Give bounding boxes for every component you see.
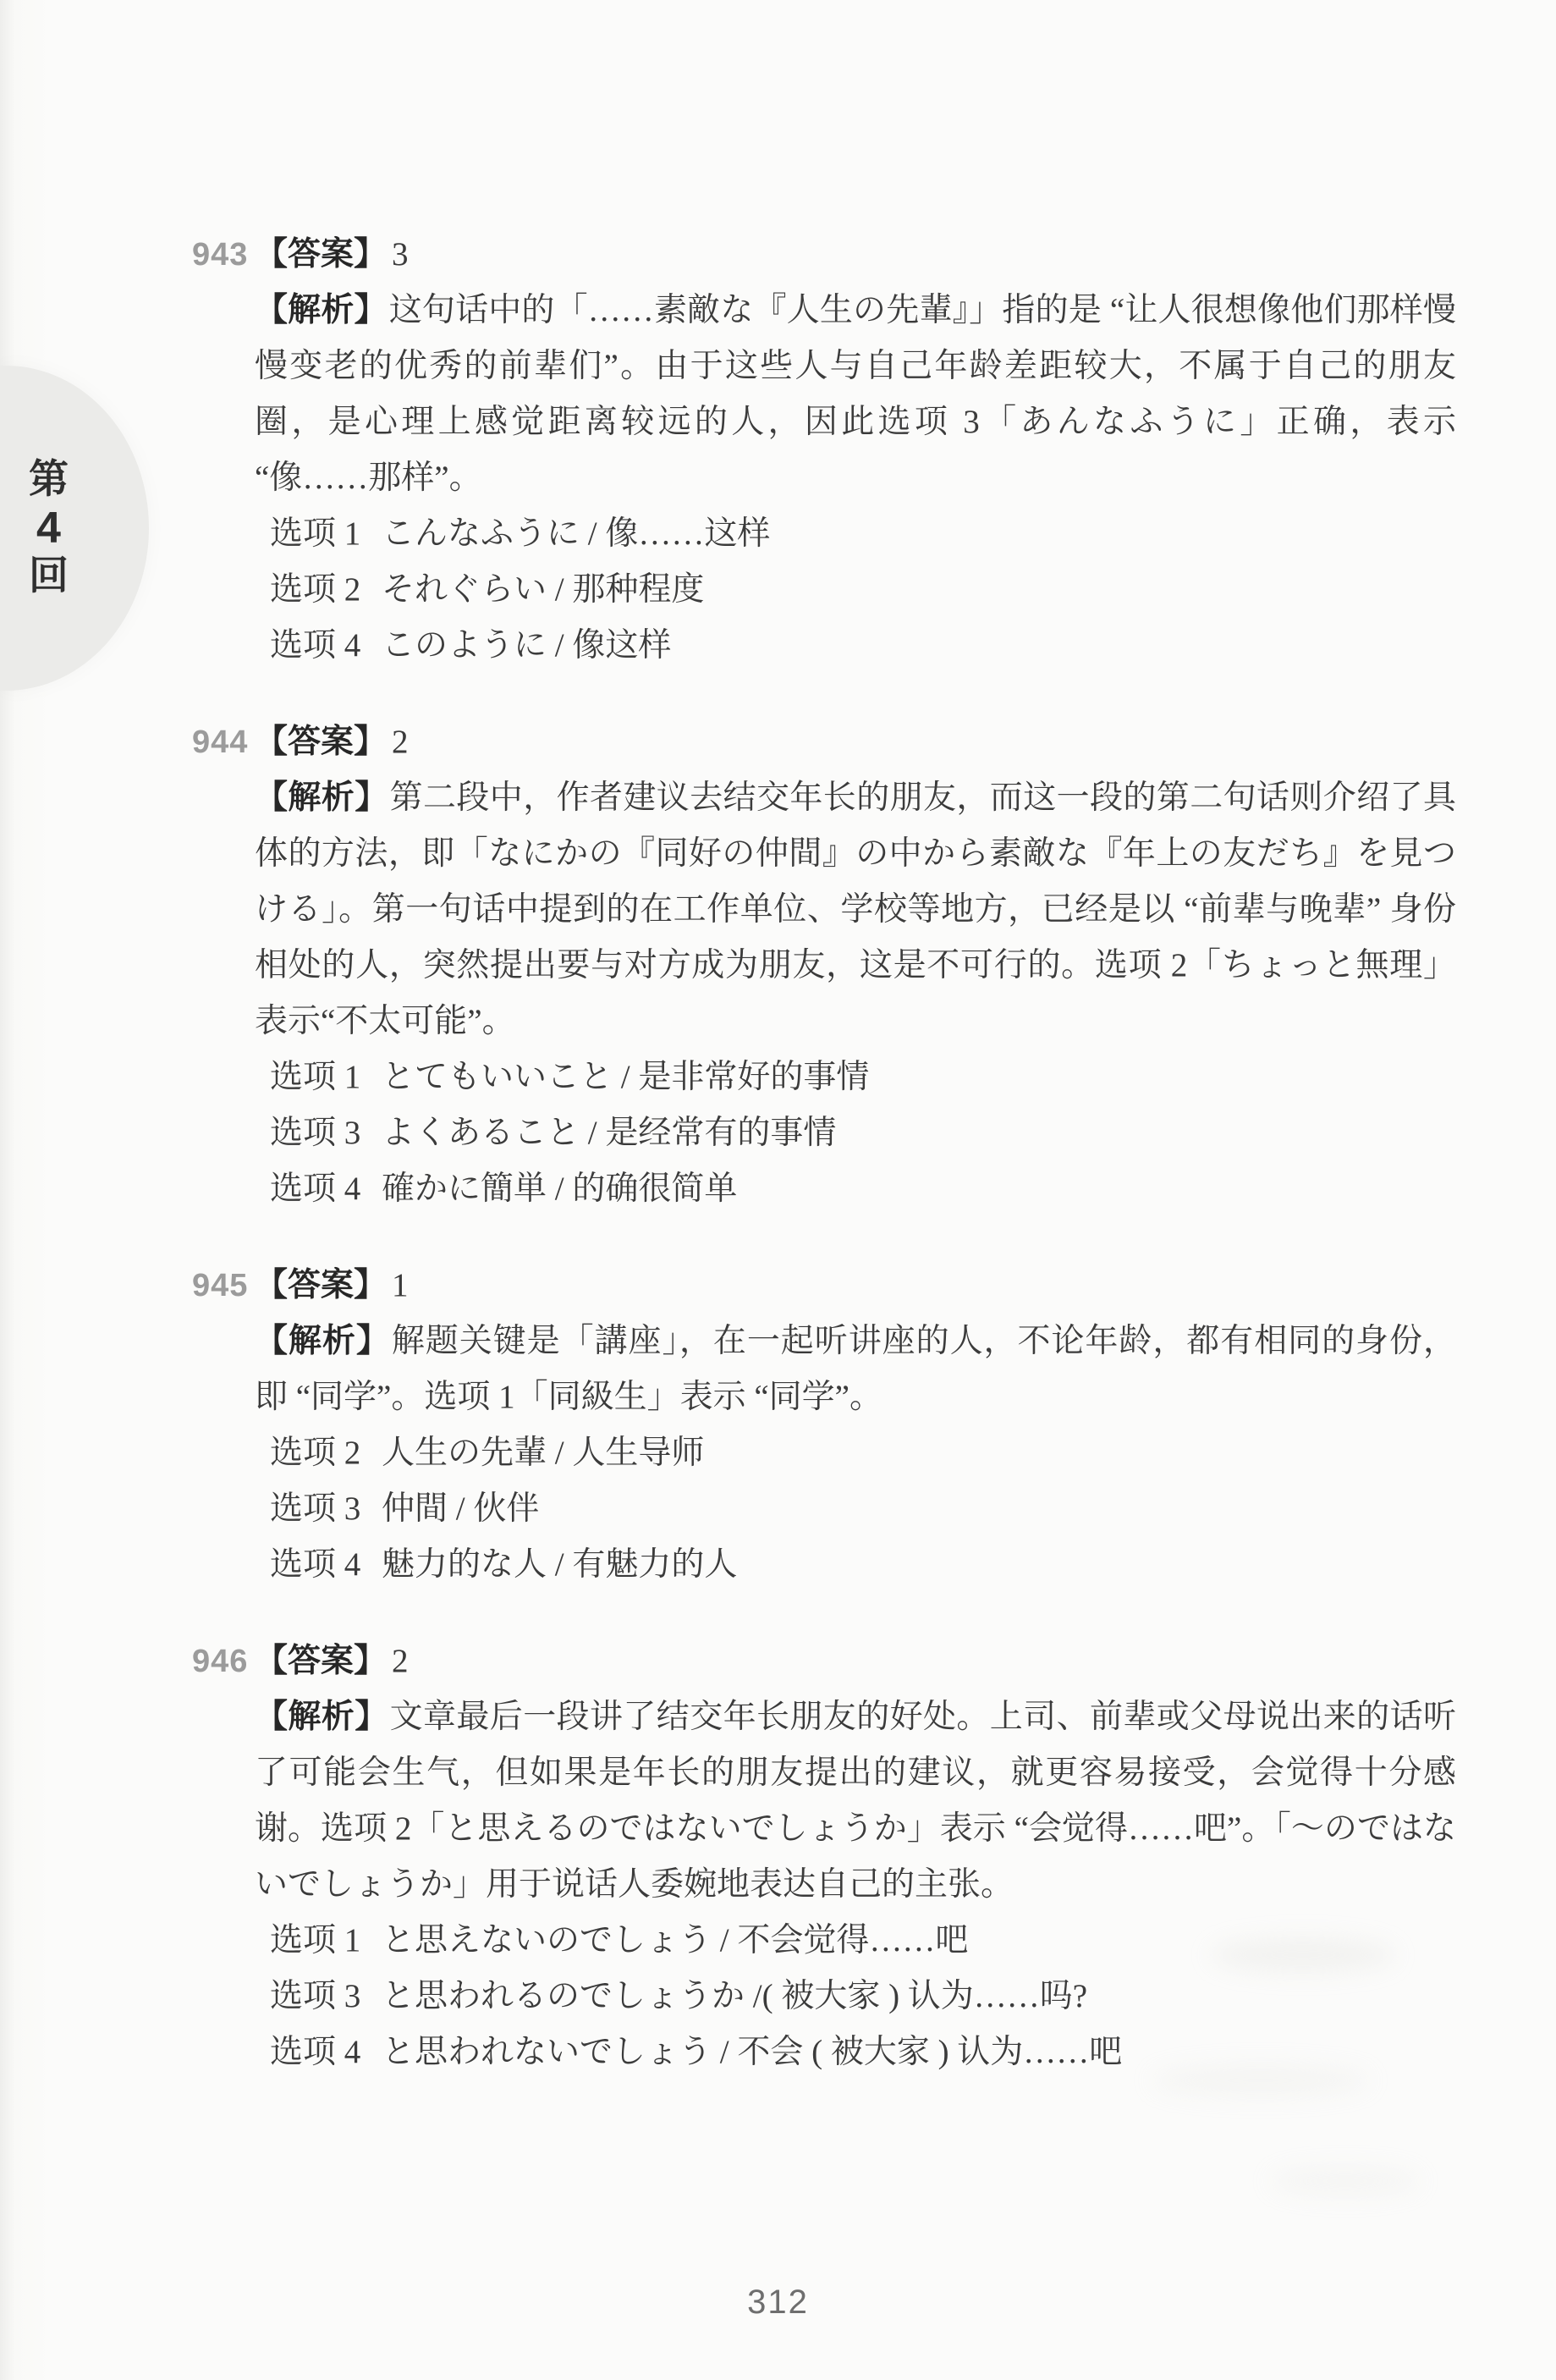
answer-value: 3 [392, 227, 409, 283]
option-row: 选项 4 確かに簡単 / 的确很简单 [270, 1161, 1456, 1217]
question-block-944: 944 【答案】 2 【解析】第二段中，作者建议去结交年长的朋友，而这一段的第二… [192, 714, 1460, 1217]
option-label: 选项 4 [270, 2025, 382, 2080]
answer-label: 【答案】 [255, 1258, 387, 1314]
analysis-paragraph: 【解析】这句话中的「……素敵な『人生の先輩』」指的是 “让人很想像他们那样慢慢变… [255, 283, 1456, 506]
option-row: 选项 3 よくあること / 是经常有的事情 [270, 1105, 1456, 1161]
option-label: 选项 3 [270, 1105, 382, 1161]
answer-value: 2 [392, 1633, 409, 1689]
option-text: 確かに簡単 / 的确很简单 [382, 1161, 1456, 1217]
question-number: 943 [192, 227, 255, 283]
side-tab-char-2: 4 [36, 504, 61, 553]
option-text: よくあること / 是经常有的事情 [382, 1105, 1456, 1161]
question-block-945: 945 【答案】 1 【解析】解题关键是「講座」，在一起听讲座的人，不论年龄，都… [192, 1258, 1460, 1593]
question-number: 944 [192, 714, 255, 770]
chapter-side-tab: 第 4 回 [0, 366, 149, 691]
option-label: 选项 3 [270, 1481, 382, 1537]
question-body: 【解析】文章最后一段讲了结交年长朋友的好处。上司、前辈或父母说出来的话听了可能会… [255, 1689, 1456, 2080]
option-list: 选项 2 人生の先輩 / 人生导师 选项 3 仲間 / 伙伴 选项 4 魅力的な… [255, 1425, 1456, 1593]
option-row: 选项 3 と思われるのでしょうか /( 被大家 ) 认为……吗? [270, 1969, 1456, 2025]
option-label: 选项 2 [270, 562, 382, 618]
option-label: 选项 4 [270, 1161, 382, 1217]
analysis-paragraph: 【解析】文章最后一段讲了结交年长朋友的好处。上司、前辈或父母说出来的话听了可能会… [255, 1689, 1456, 1913]
question-body: 【解析】这句话中的「……素敵な『人生の先輩』」指的是 “让人很想像他们那样慢慢变… [255, 283, 1456, 674]
scan-bleed-artifact [1269, 2167, 1421, 2195]
analysis-text: 第二段中，作者建议去结交年长的朋友，而这一段的第二句话则介绍了具体的方法，即「な… [255, 780, 1456, 1039]
option-text: 魅力的な人 / 有魅力的人 [382, 1537, 1456, 1593]
page-number: 312 [0, 2284, 1556, 2322]
analysis-label: 【解析】 [255, 1699, 388, 1735]
scan-bleed-artifact [1151, 2065, 1371, 2096]
option-label: 选项 4 [270, 618, 382, 674]
option-text: とてもいいこと / 是非常好的事情 [382, 1050, 1456, 1105]
option-label: 选项 1 [270, 1050, 382, 1105]
analysis-text: 这句话中的「……素敵な『人生の先輩』」指的是 “让人很想像他们那样慢慢变老的优秀… [255, 292, 1456, 496]
answer-value: 2 [392, 714, 409, 770]
option-label: 选项 1 [270, 506, 382, 562]
option-text: 仲間 / 伙伴 [382, 1481, 1456, 1537]
option-row: 选项 4 魅力的な人 / 有魅力的人 [270, 1537, 1456, 1593]
option-row: 选项 3 仲間 / 伙伴 [270, 1481, 1456, 1537]
option-list: 选项 1 と思えないのでしょう / 不会觉得……吧 选项 3 と思われるのでしょ… [255, 1913, 1456, 2080]
option-row: 选项 2 人生の先輩 / 人生导师 [270, 1425, 1456, 1481]
question-body: 【解析】第二段中，作者建议去结交年长的朋友，而这一段的第二句话则介绍了具体的方法… [255, 770, 1456, 1217]
analysis-paragraph: 【解析】解题关键是「講座」，在一起听讲座的人，不论年龄，都有相同的身份，即 “同… [255, 1314, 1456, 1425]
option-text: と思われるのでしょうか /( 被大家 ) 认为……吗? [382, 1969, 1456, 2025]
option-label: 选项 1 [270, 1913, 382, 1969]
answer-key-content: 943 【答案】 3 【解析】这句话中的「……素敵な『人生の先輩』」指的是 “让… [192, 227, 1460, 2121]
analysis-label: 【解析】 [255, 292, 388, 328]
question-header: 944 【答案】 2 [192, 714, 1460, 770]
option-list: 选项 1 とてもいいこと / 是非常好的事情 选项 3 よくあること / 是经常… [255, 1050, 1456, 1217]
analysis-text: 解题关键是「講座」，在一起听讲座的人，不论年龄，都有相同的身份，即 “同学”。选… [255, 1323, 1456, 1415]
analysis-text: 文章最后一段讲了结交年长朋友的好处。上司、前辈或父母说出来的话听了可能会生气，但… [255, 1699, 1456, 1903]
option-text: こんなふうに / 像……这样 [382, 506, 1456, 562]
side-tab-char-3: 回 [29, 553, 69, 600]
analysis-label: 【解析】 [255, 1323, 390, 1359]
option-label: 选项 2 [270, 1425, 382, 1481]
analysis-label: 【解析】 [255, 780, 388, 816]
option-row: 选项 1 こんなふうに / 像……这样 [270, 506, 1456, 562]
question-number: 945 [192, 1258, 255, 1314]
option-label: 选项 4 [270, 1537, 382, 1593]
option-label: 选项 3 [270, 1969, 382, 2025]
answer-value: 1 [392, 1258, 409, 1314]
option-text: それぐらい / 那种程度 [382, 562, 1456, 618]
question-header: 946 【答案】 2 [192, 1633, 1460, 1689]
side-tab-char-1: 第 [29, 456, 69, 504]
answer-label: 【答案】 [255, 714, 387, 770]
option-row: 选项 2 それぐらい / 那种程度 [270, 562, 1456, 618]
question-block-943: 943 【答案】 3 【解析】这句话中的「……素敵な『人生の先輩』」指的是 “让… [192, 227, 1460, 674]
question-body: 【解析】解题关键是「講座」，在一起听讲座的人，不论年龄，都有相同的身份，即 “同… [255, 1314, 1456, 1593]
question-header: 945 【答案】 1 [192, 1258, 1460, 1314]
option-row: 选项 4 このように / 像这样 [270, 618, 1456, 674]
analysis-paragraph: 【解析】第二段中，作者建议去结交年长的朋友，而这一段的第二句话则介绍了具体的方法… [255, 770, 1456, 1050]
option-text: このように / 像这样 [382, 618, 1456, 674]
question-block-946: 946 【答案】 2 【解析】文章最后一段讲了结交年长朋友的好处。上司、前辈或父… [192, 1633, 1460, 2080]
question-header: 943 【答案】 3 [192, 227, 1460, 283]
scan-bleed-artifact [1210, 1938, 1396, 1972]
option-list: 选项 1 こんなふうに / 像……这样 选项 2 それぐらい / 那种程度 选项… [255, 506, 1456, 674]
answer-label: 【答案】 [255, 227, 387, 283]
option-row: 选项 1 とてもいいこと / 是非常好的事情 [270, 1050, 1456, 1105]
question-number: 946 [192, 1633, 255, 1689]
option-text: 人生の先輩 / 人生导师 [382, 1425, 1456, 1481]
chapter-side-tab-text: 第 4 回 [29, 456, 69, 600]
answer-label: 【答案】 [255, 1633, 387, 1689]
book-page: 第 4 回 943 【答案】 3 【解析】这句话中的「……素敵な『人生の先輩』」… [0, 0, 1556, 2380]
